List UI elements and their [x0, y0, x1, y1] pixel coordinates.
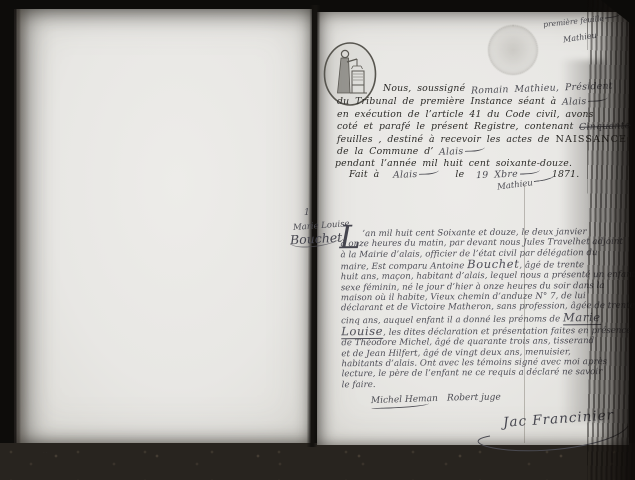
printed-text: Fait à: [349, 169, 379, 180]
printed-text: coté et parafé le présent Registre, cont…: [337, 121, 574, 132]
printed-text: Nous, soussigné: [383, 83, 465, 94]
printed-text: en exécution de l’article 41 du Code civ…: [337, 109, 594, 120]
left-blank-page: [14, 9, 312, 443]
printed-text: de la Commune d’: [337, 146, 434, 157]
top-right-corner-shadow: [601, 0, 635, 27]
printed-text: le: [455, 169, 464, 180]
faint-circular-ink-stamp: [488, 25, 538, 75]
printed-text: du Tribunal de première Instance séant à: [337, 96, 556, 107]
header-line-3: en exécution de l’article 41 du Code civ…: [337, 109, 594, 120]
binding-streaks: [14, 9, 30, 443]
register-scan: première feuille Mathieu Nous, soussigné…: [0, 0, 635, 480]
witness-signature-1: Michel Heman: [371, 394, 438, 409]
father-surname: Bouchet: [467, 257, 519, 271]
act-number: 1: [304, 208, 310, 218]
handwritten-insert-commune: Alais: [439, 145, 486, 158]
header-line-6: de la Commune d’ Alais: [337, 146, 486, 157]
page-fold-line: [524, 185, 525, 443]
bottom-left-mark: ··: [43, 450, 49, 457]
right-edge-shadow: [587, 0, 635, 480]
printed-text: feuilles , destiné à recevoir les actes …: [337, 134, 550, 145]
handwritten-fait-place: Alais: [393, 168, 440, 181]
act-drop-cap: L: [339, 218, 361, 256]
witness-signature-2: Robert juge: [447, 393, 501, 404]
